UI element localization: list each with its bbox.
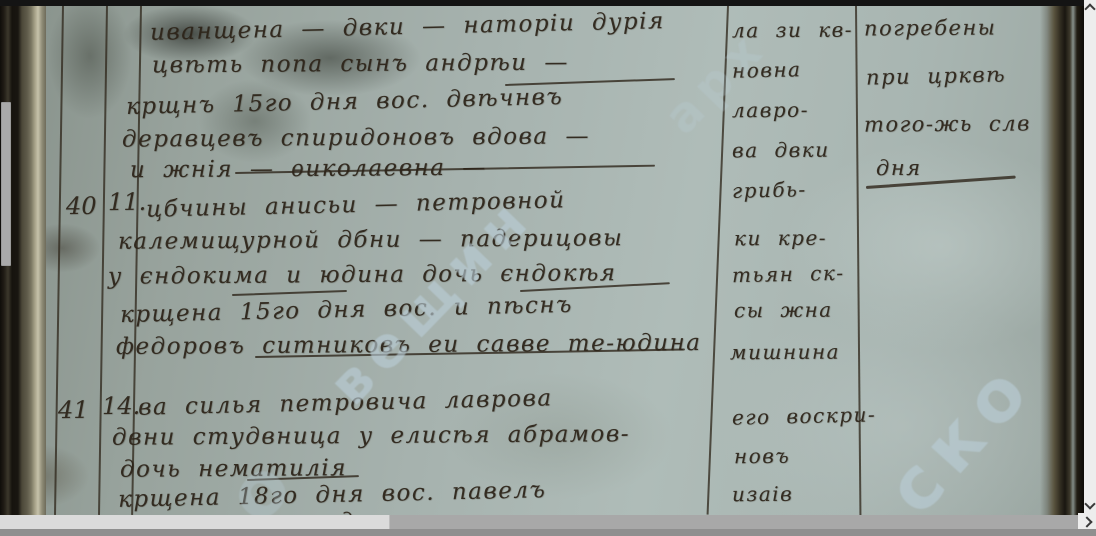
watermark-text: ско — [870, 342, 1051, 515]
horizontal-scrollbar-thumb[interactable] — [0, 515, 390, 529]
column-rule — [855, 6, 861, 515]
manuscript-line: дня — [876, 156, 922, 180]
manuscript-line: мишнина — [730, 340, 840, 365]
vertical-scrollbar-thumb[interactable] — [1, 102, 11, 266]
manuscript-line: тьян ск- — [732, 261, 845, 288]
entry-subnumber: 11. — [108, 188, 146, 216]
manuscript-line: грибь- — [732, 177, 807, 203]
manuscript-line: изаів — [732, 482, 793, 506]
manuscript-line: лавро- — [732, 98, 809, 123]
manuscript-line: его воскри- — [732, 402, 877, 429]
vertical-scrollbar-track[interactable] — [1084, 0, 1096, 513]
manuscript-line: крщнъ 15го дня вос. двѣчнвъ — [126, 84, 564, 120]
horizontal-scrollbar-track[interactable] — [0, 515, 1078, 529]
manuscript-line: цвѣть попа сынъ андрѣи — — [152, 50, 569, 79]
chevron-right-icon — [1081, 516, 1092, 527]
manuscript-line: новъ — [734, 444, 790, 468]
page-right-edge — [1040, 6, 1084, 515]
ink-underline — [505, 78, 675, 86]
manuscript-line: двни студвница у елисѣя абрамов- — [112, 421, 630, 451]
manuscript-line: калемищурной дбни — падерицовы — [118, 225, 623, 255]
manuscript-line: того-жь слв — [864, 111, 1031, 136]
manuscript-line: сы жна — [734, 298, 833, 323]
manuscript-line: ва двки — [732, 138, 830, 163]
chevron-down-icon — [1084, 498, 1095, 509]
manuscript-line: крщена 15го дня вос. и пѣснъ — [120, 292, 573, 328]
column-rule — [98, 6, 108, 515]
manuscript-line: деравцевъ спиридоновъ вдова — — [122, 123, 590, 152]
manuscript-scan: 40 11. 41 14. иванщена — двки — наторіи … — [0, 6, 1084, 515]
window-bottom-strip — [0, 529, 1096, 536]
entry-subnumber: 14. — [102, 392, 140, 420]
scroll-down-button[interactable] — [1084, 497, 1096, 511]
manuscript-line: при црквѣ — [866, 62, 1007, 89]
manuscript-line: погребены — [864, 16, 997, 41]
manuscript-line: у єндокима и юдина дочь єндокѣя — [108, 260, 617, 290]
scroll-up-button[interactable] — [1084, 2, 1096, 16]
scroll-right-button[interactable] — [1078, 513, 1096, 530]
viewer-window: 40 11. 41 14. иванщена — двки — наторіи … — [0, 0, 1096, 536]
ink-underline — [232, 290, 347, 296]
entry-number: 41 — [58, 396, 89, 424]
entry-number: 40 — [66, 192, 97, 220]
manuscript-line: иванщена — двки — наторіи дурія — [150, 8, 665, 46]
chevron-up-icon — [1084, 3, 1095, 14]
column-rule — [54, 6, 64, 515]
manuscript-line: ки кре- — [734, 226, 827, 251]
